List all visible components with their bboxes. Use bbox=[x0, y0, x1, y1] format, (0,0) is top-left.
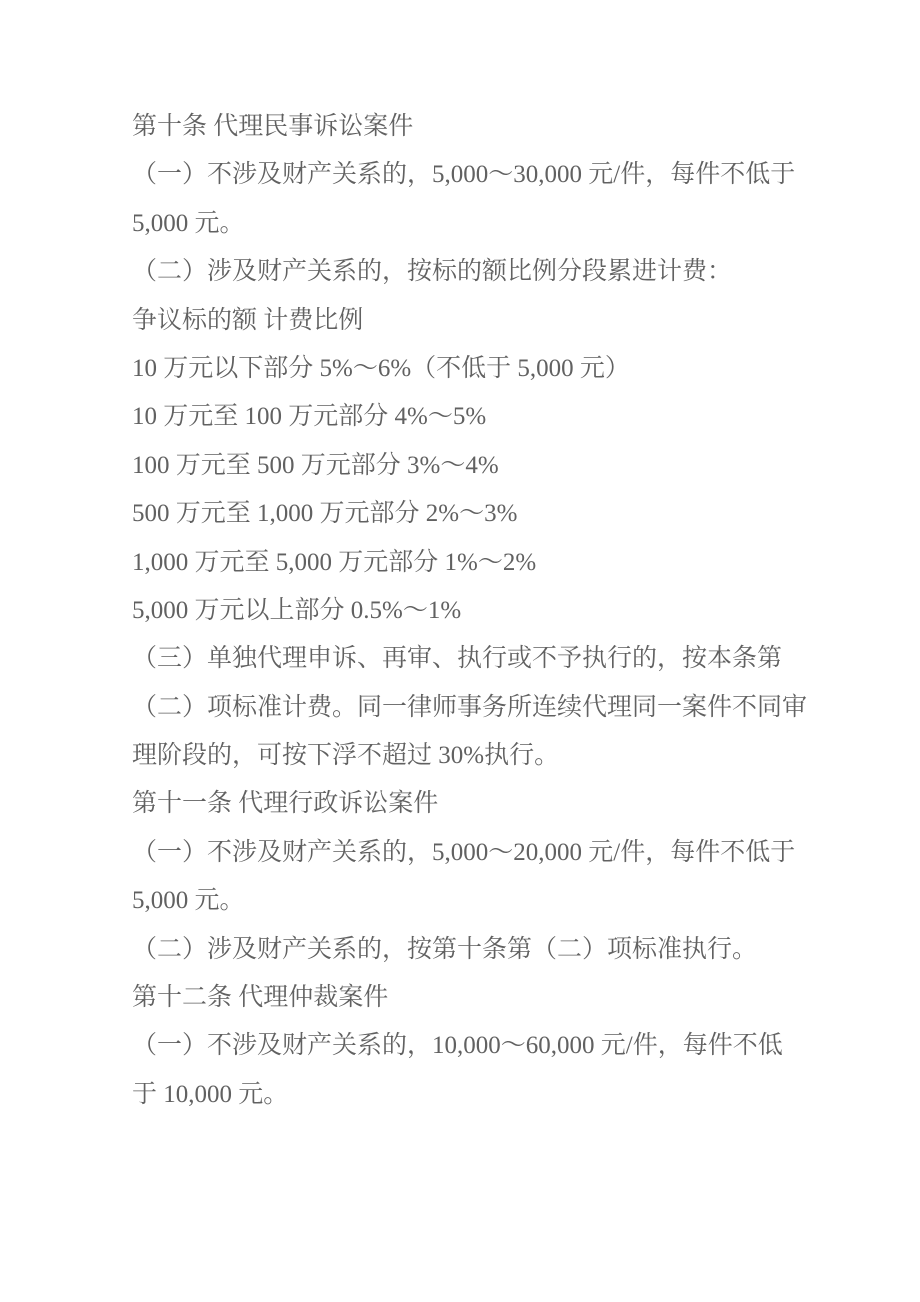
text-line: （三）单独代理申诉、再审、执行或不予执行的，按本条第 bbox=[132, 635, 832, 683]
text-line: （二）涉及财产关系的，按第十条第（二）项标准执行。 bbox=[132, 926, 832, 974]
text-line: （二）项标准计费。同一律师事务所连续代理同一案件不同审 bbox=[132, 684, 832, 732]
fee-table-row-line: 500 万元至 1,000 万元部分 2%～3% bbox=[132, 490, 832, 538]
text-line: 5,000 元。 bbox=[132, 200, 832, 248]
article-heading-line: 第十二条 代理仲裁案件 bbox=[132, 974, 832, 1022]
fee-table-row-line: 100 万元至 500 万元部分 3%～4% bbox=[132, 442, 832, 490]
fee-table-row-line: 1,000 万元至 5,000 万元部分 1%～2% bbox=[132, 539, 832, 587]
fee-table-row-line: 5,000 万元以上部分 0.5%～1% bbox=[132, 587, 832, 635]
article-heading-line: 第十条 代理民事诉讼案件 bbox=[132, 103, 832, 151]
text-line: 5,000 元。 bbox=[132, 877, 832, 925]
article-heading-line: 第十一条 代理行政诉讼案件 bbox=[132, 780, 832, 828]
document-page: 第十条 代理民事诉讼案件 （一）不涉及财产关系的，5,000～30,000 元/… bbox=[0, 0, 920, 1302]
text-line: （一）不涉及财产关系的，5,000～20,000 元/件，每件不低于 bbox=[132, 829, 832, 877]
fee-table-row-line: 10 万元至 100 万元部分 4%～5% bbox=[132, 393, 832, 441]
text-line: 理阶段的，可按下浮不超过 30%执行。 bbox=[132, 732, 832, 780]
fee-table-header-line: 争议标的额 计费比例 bbox=[132, 297, 832, 345]
text-line: （二）涉及财产关系的，按标的额比例分段累进计费： bbox=[132, 248, 832, 296]
text-line: （一）不涉及财产关系的，10,000～60,000 元/件，每件不低 bbox=[132, 1022, 832, 1070]
text-line: 于 10,000 元。 bbox=[132, 1071, 832, 1119]
fee-table-row-line: 10 万元以下部分 5%～6%（不低于 5,000 元） bbox=[132, 345, 832, 393]
text-line: （一）不涉及财产关系的，5,000～30,000 元/件，每件不低于 bbox=[132, 151, 832, 199]
document-text-block: 第十条 代理民事诉讼案件 （一）不涉及财产关系的，5,000～30,000 元/… bbox=[132, 103, 832, 1119]
